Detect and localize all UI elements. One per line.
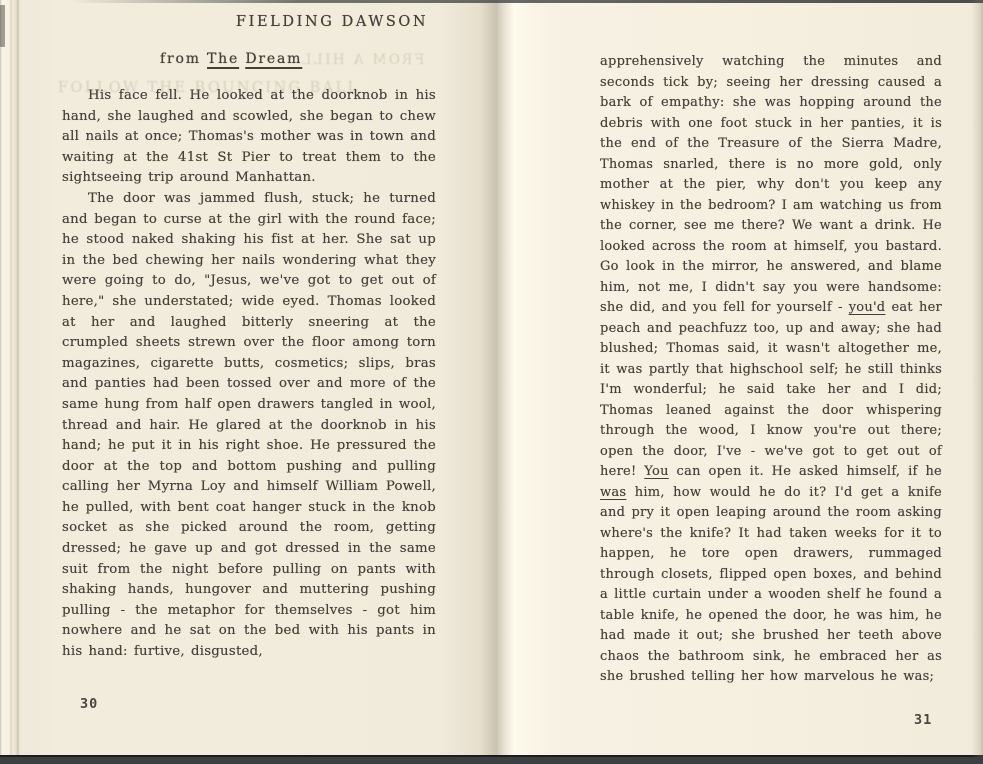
right-page-text: apprehensively watching the minutes and … [600, 52, 942, 688]
text-segment: His face fell. He looked at the doorknob… [62, 88, 436, 185]
page-number-right: 31 [914, 712, 932, 728]
underlined-text: The [207, 51, 239, 67]
chapter-heading: from The Dream [160, 51, 302, 67]
paragraph: His face fell. He looked at the doorknob… [62, 86, 436, 189]
scanner-bed-strip [0, 755, 983, 764]
scan-edge-right [971, 0, 983, 757]
underlined-text: You [644, 464, 668, 479]
book-scan: FROM A HILL FOLLOW THE BOUNCING BALL FIE… [0, 0, 983, 764]
text-segment: The door was jammed flush, stuck; he tur… [62, 191, 436, 659]
text-segment: eat her peach and peachfuzz too, up and … [600, 300, 942, 479]
text-segment: from [160, 51, 207, 67]
running-header: FIELDING DAWSON [236, 14, 428, 30]
bleed-through-text-line1: FROM A HILL [300, 52, 424, 68]
underlined-text: was [600, 485, 626, 500]
text-segment: can open it. He asked himself, if he [669, 464, 942, 479]
paragraph: The door was jammed flush, stuck; he tur… [62, 189, 436, 663]
gutter-shadow [438, 0, 558, 764]
scan-corner-mark [0, 5, 5, 47]
book-page-edges-left [0, 0, 22, 757]
page-number-left: 30 [80, 696, 98, 712]
paragraph: apprehensively watching the minutes and … [600, 52, 942, 688]
text-segment: him, how would he do it? I'd get a knife… [600, 485, 942, 685]
underlined-text: you'd [849, 300, 886, 315]
underlined-text: Dream [245, 51, 302, 67]
scan-edge-top [70, 0, 983, 3]
text-segment: apprehensively watching the minutes and … [600, 54, 942, 315]
left-page-text: His face fell. He looked at the doorknob… [62, 86, 436, 663]
